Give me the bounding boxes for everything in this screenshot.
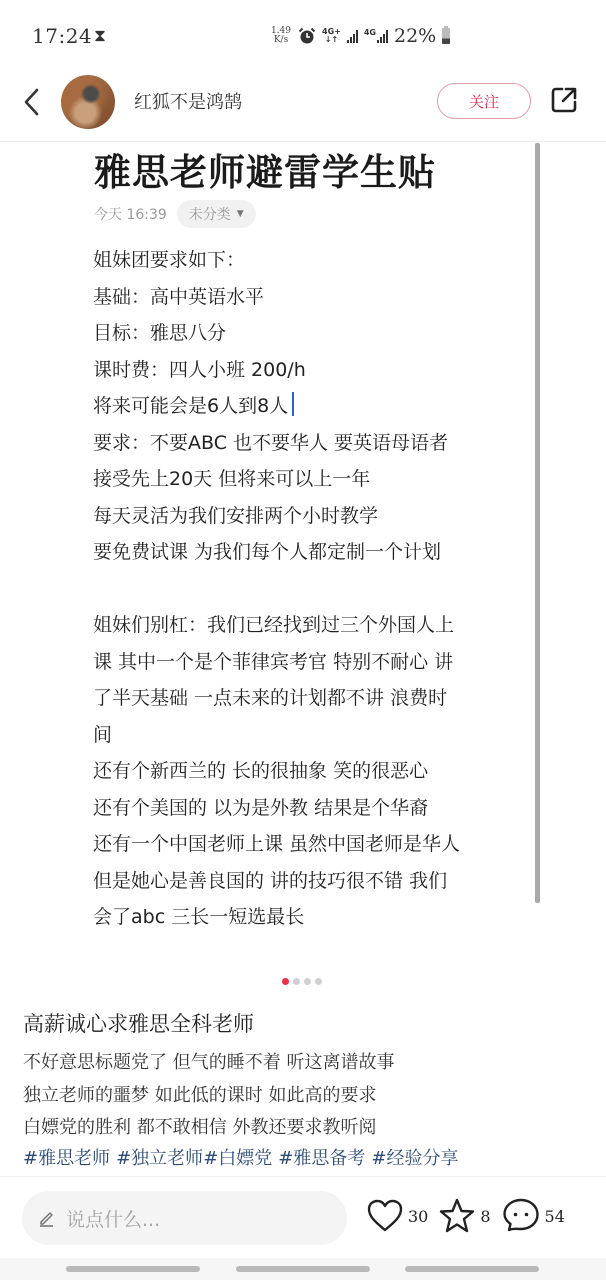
status-time: 17:24 — [32, 24, 92, 48]
note-line: 姐妹团要求如下： — [93, 242, 533, 279]
heart-icon — [366, 1198, 404, 1234]
tag-link[interactable]: #雅思备考 — [278, 1144, 365, 1170]
pager-dot — [315, 978, 322, 985]
status-bar: 17:24 ⧗ 1.49 K/s 4G+ ↓↑ 4G 22% — [0, 0, 606, 66]
pager-dot-active — [282, 978, 289, 985]
note-line: 间 — [93, 717, 533, 754]
note-category: 未分类 ▼ — [177, 200, 256, 228]
signal-4g-icon: 4G — [364, 29, 388, 43]
note-line: 但是她心是善良国的 讲的技巧很不错 我们 — [93, 863, 533, 900]
chevron-left-icon[interactable] — [20, 86, 44, 118]
note-meta: 今天 16:39 未分类 ▼ — [94, 200, 256, 228]
note-title: 雅思老师避雷学生贴 — [94, 142, 436, 196]
nav-handle[interactable] — [236, 1266, 370, 1272]
text-cursor — [292, 392, 294, 416]
net-speed: 1.49 K/s — [270, 27, 292, 45]
note-line: 要求：不要ABC 也不要华人 要英语母语者 — [93, 425, 533, 462]
tag-link[interactable]: #雅思老师 — [23, 1144, 110, 1170]
nav-handle[interactable] — [405, 1266, 539, 1272]
like-button[interactable]: 30 — [366, 1198, 428, 1234]
note-line: 还有个新西兰的 长的很抽象 笑的很恶心 — [93, 753, 533, 790]
note-image[interactable]: 雅思老师避雷学生贴 今天 16:39 未分类 ▼ 姐妹团要求如下： 基础：高中英… — [0, 141, 606, 986]
comment-bubble-icon — [501, 1197, 541, 1235]
share-icon[interactable] — [549, 85, 579, 115]
data-arrows-icon: ↓↑ — [322, 36, 341, 44]
caret-down-icon: ▼ — [237, 209, 244, 219]
signal-icon — [347, 29, 358, 43]
bottom-action-bar: 说点什么... 30 8 54 — [0, 1176, 606, 1258]
hourglass-icon: ⧗ — [94, 26, 106, 46]
avatar[interactable] — [61, 75, 115, 129]
follow-button[interactable]: 关注 — [437, 83, 531, 119]
like-count: 30 — [408, 1207, 428, 1226]
battery-percent: 22% — [394, 25, 436, 47]
post-tags: #雅思老师 #独立老师 #白嫖党 #雅思备考 #经验分享 — [23, 1144, 464, 1170]
note-date: 今天 16:39 — [94, 204, 167, 224]
image-pager — [282, 978, 322, 985]
note-line-blank — [93, 571, 533, 608]
network-4g-plus: 4G+ ↓↑ — [322, 28, 341, 44]
note-line: 还有一个中国老师上课 虽然中国老师是华人 — [93, 826, 533, 863]
status-indicators: 1.49 K/s 4G+ ↓↑ 4G 22% — [270, 22, 450, 50]
note-line: 要免费试课 为我们每个人都定制一个计划 — [93, 534, 533, 571]
comment-button[interactable]: 54 — [501, 1197, 565, 1235]
pager-dot — [293, 978, 300, 985]
note-line: 会了abc 三长一短选最长 — [93, 899, 533, 936]
note-line: 将来可能会是6人到8人 — [93, 388, 533, 425]
note-line: 目标：雅思八分 — [93, 315, 533, 352]
post-body-line: 独立老师的噩梦 如此低的课时 如此高的要求 — [23, 1080, 394, 1113]
post-body: 不好意思标题党了 但气的睡不着 听这离谱故事 独立老师的噩梦 如此低的课时 如此… — [23, 1047, 394, 1145]
favorite-button[interactable]: 8 — [438, 1197, 490, 1235]
note-line: 了半天基础 一点未来的计划都不讲 浪费时 — [93, 680, 533, 717]
battery-icon — [442, 28, 450, 44]
tag-link[interactable]: #白嫖党 — [203, 1144, 272, 1170]
post-body-line: 白嫖党的胜利 都不敢相信 外教还要求教听阅 — [23, 1112, 394, 1145]
comment-input[interactable]: 说点什么... — [22, 1191, 347, 1245]
comment-placeholder: 说点什么... — [66, 1205, 160, 1232]
post-body-line: 不好意思标题党了 但气的睡不着 听这离谱故事 — [23, 1047, 394, 1080]
note-line: 每天灵活为我们安排两个小时教学 — [93, 498, 533, 535]
nav-handle[interactable] — [66, 1266, 200, 1272]
note-line: 基础：高中英语水平 — [93, 279, 533, 316]
star-icon — [438, 1197, 476, 1235]
note-line: 课 其中一个是个菲律宾考官 特别不耐心 讲 — [93, 644, 533, 681]
note-line: 姐妹们别杠：我们已经找到过三个外国人上 — [93, 607, 533, 644]
tag-link[interactable]: #独立老师 — [116, 1144, 203, 1170]
note-line: 课时费：四人小班 200/h — [93, 352, 533, 389]
post-title: 高薪诚心求雅思全科老师 — [23, 1008, 254, 1038]
system-nav-bar — [0, 1258, 606, 1280]
post-header: 红狐不是鸿鹄 关注 — [0, 66, 606, 140]
action-group: 30 8 54 — [366, 1197, 575, 1235]
pager-dot — [304, 978, 311, 985]
note-scrollbar — [535, 143, 540, 903]
tag-link[interactable]: #经验分享 — [371, 1144, 458, 1170]
alarm-icon — [298, 27, 316, 45]
note-body: 姐妹团要求如下： 基础：高中英语水平 目标：雅思八分 课时费：四人小班 200/… — [93, 242, 533, 936]
pencil-icon — [38, 1209, 56, 1227]
author-name[interactable]: 红狐不是鸿鹄 — [134, 88, 242, 114]
comment-count: 54 — [545, 1207, 565, 1226]
favorite-count: 8 — [480, 1207, 490, 1226]
note-line: 接受先上20天 但将来可以上一年 — [93, 461, 533, 498]
note-line: 还有个美国的 以为是外教 结果是个华裔 — [93, 790, 533, 827]
